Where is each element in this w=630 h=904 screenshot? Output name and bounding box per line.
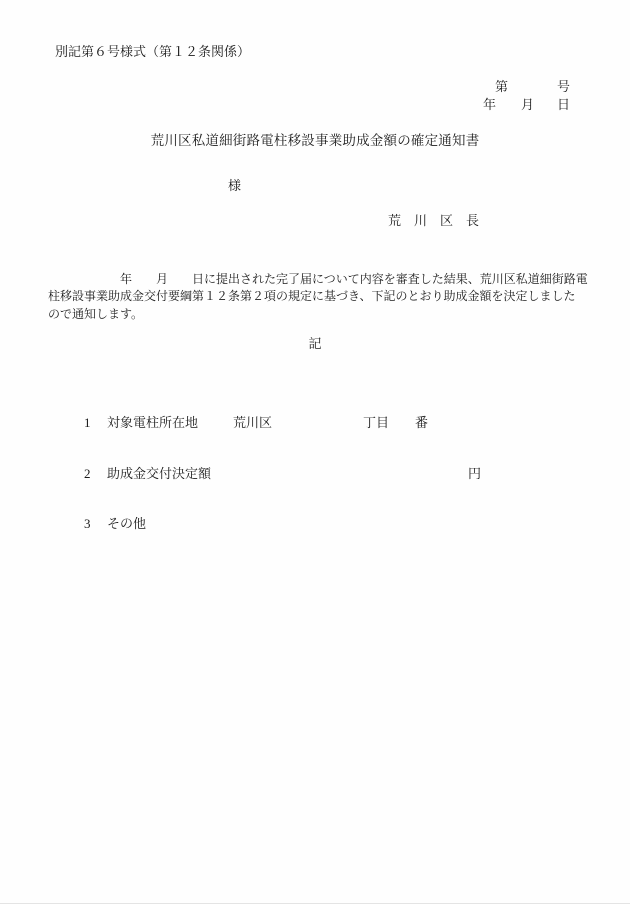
date-month-label: 月 xyxy=(521,96,534,113)
record-heading: 記 xyxy=(0,336,630,352)
item-row-2: 2 助成金交付決定額 円 xyxy=(0,465,630,482)
item-3-number: 3 xyxy=(84,515,91,532)
addressee-honorific: 様 xyxy=(228,178,241,194)
date-day-label: 日 xyxy=(557,96,570,113)
date-line: 年 月 日 xyxy=(0,96,630,113)
item-1-label: 対象電柱所在地 xyxy=(107,414,198,431)
sender-name: 荒 川 区 長 xyxy=(388,213,479,229)
doc-number-suffix: 号 xyxy=(557,78,570,95)
body-paragraph: 年 月 日に提出された完了届について内容を審査した結果、荒川区私道細街路電 柱移… xyxy=(48,271,593,323)
item-2-unit-label: 円 xyxy=(468,465,481,482)
item-1-number: 1 xyxy=(84,414,91,431)
item-row-1: 1 対象電柱所在地 荒川区 丁目 番 xyxy=(0,414,630,431)
item-2-number: 2 xyxy=(84,465,91,482)
item-1-ban-label: 番 xyxy=(415,414,428,431)
doc-number-prefix: 第 xyxy=(495,78,508,95)
form-reference: 別記第６号様式（第１２条関係） xyxy=(55,44,250,60)
item-2-label: 助成金交付決定額 xyxy=(107,465,211,482)
item-3-label: その他 xyxy=(107,515,146,532)
doc-number-line: 第 号 xyxy=(0,78,630,95)
notice-document-page: 別記第６号様式（第１２条関係） 第 号 年 月 日 荒川区私道細街路電柱移設事業… xyxy=(0,0,630,904)
item-row-3: 3 その他 xyxy=(0,515,630,532)
body-line-2: 柱移設事業助成金交付要綱第１２条第２項の規定に基づき、下記のとおり助成金額を決定… xyxy=(48,288,593,305)
item-1-ward: 荒川区 xyxy=(233,414,272,431)
body-line-1: 年 月 日に提出された完了届について内容を審査した結果、荒川区私道細街路電 xyxy=(48,271,593,288)
body-line-3: ので通知します。 xyxy=(48,306,593,323)
document-title: 荒川区私道細街路電柱移設事業助成金額の確定通知書 xyxy=(0,131,630,150)
date-year-label: 年 xyxy=(483,96,496,113)
item-1-chome-label: 丁目 xyxy=(363,414,389,431)
